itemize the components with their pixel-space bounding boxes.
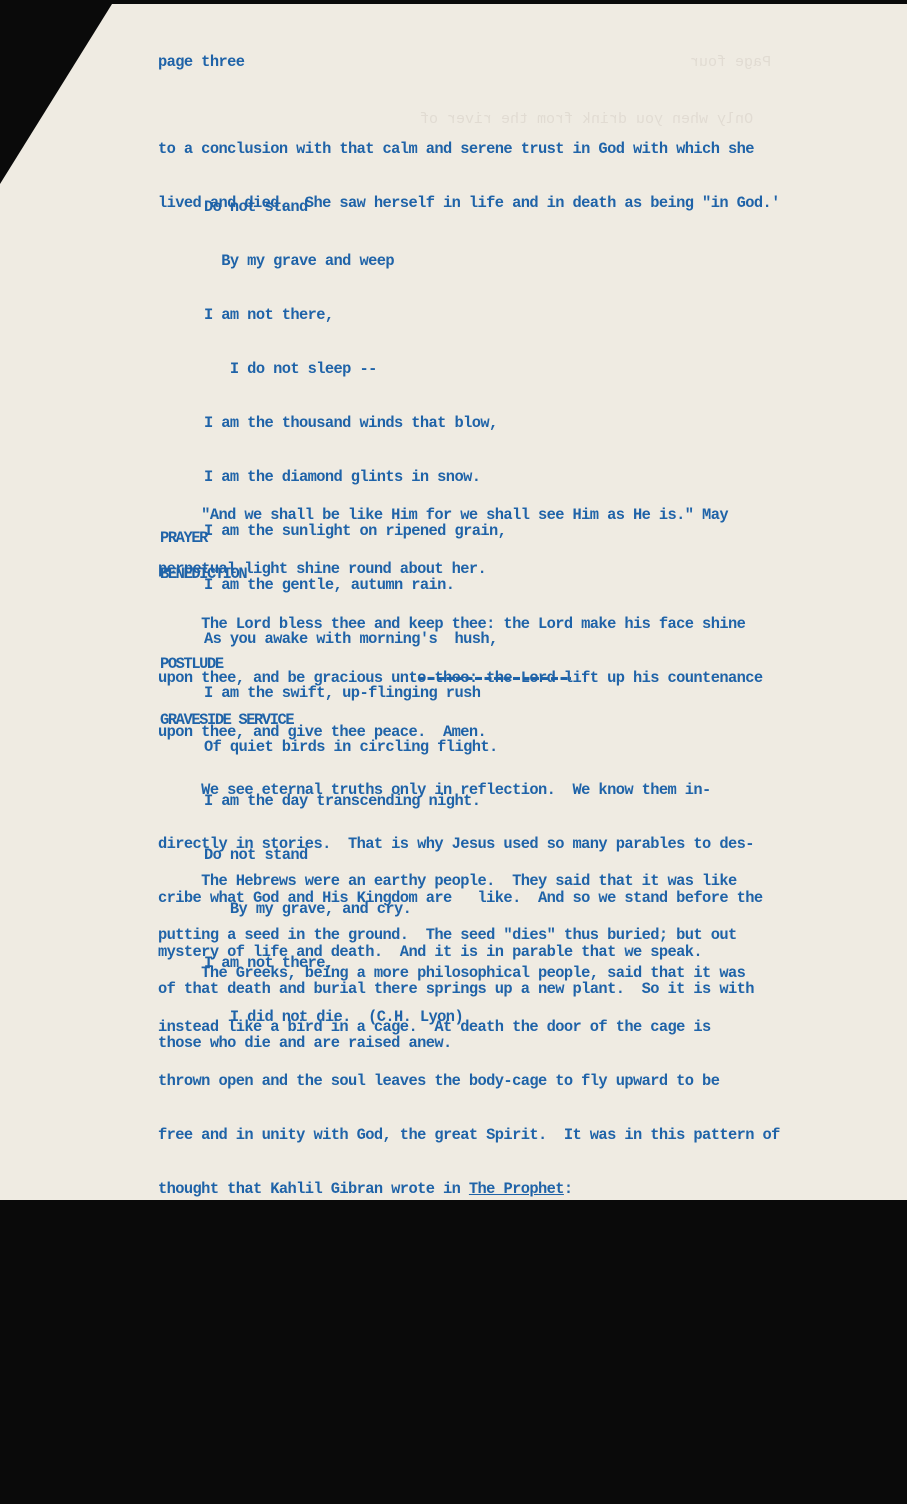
text-fragment: thought that Kahlil Gibran wrote in — [158, 1180, 469, 1198]
poem-line: I am not there, — [204, 306, 506, 324]
text-line: thrown open and the soul leaves the body… — [158, 1072, 780, 1090]
prayer-heading: PRAYER — [160, 529, 207, 547]
text-line: The Hebrews were an earthy people. They … — [158, 872, 754, 890]
poem-line: Do not stand — [204, 198, 506, 216]
text-line: to a conclusion with that calm and seren… — [158, 140, 780, 158]
text-line: "And we shall be like Him for we shall s… — [158, 506, 728, 524]
gibran-line: thought that Kahlil Gibran wrote in The … — [158, 1180, 780, 1198]
section-divider — [418, 677, 571, 680]
text-line: The Greeks, being a more philosophical p… — [158, 964, 780, 982]
poem-line: I am the thousand winds that blow, — [204, 414, 506, 432]
postlude-heading: POSTLUDE — [160, 655, 223, 673]
text-fragment: : — [564, 1180, 573, 1198]
graveside-paragraph-3: The Greeks, being a more philosophical p… — [158, 928, 780, 1200]
document-page: Page four Only when you drink from the r… — [0, 4, 907, 1200]
text-line: instead like a bird in a cage. At death … — [158, 1018, 780, 1036]
book-title: The Prophet — [469, 1180, 564, 1198]
text-line: We see eternal truths only in reflection… — [158, 781, 763, 799]
text-line: The Lord bless thee and keep thee: the L… — [158, 615, 763, 633]
poem-line: I do not sleep -- — [204, 360, 506, 378]
page-label: page three — [158, 53, 244, 71]
bleed-through-text: Page four — [690, 54, 771, 71]
poem-line: By my grave and weep — [204, 252, 506, 270]
text-line: free and in unity with God, the great Sp… — [158, 1126, 780, 1144]
graveside-heading: GRAVESIDE SERVICE — [160, 711, 293, 729]
